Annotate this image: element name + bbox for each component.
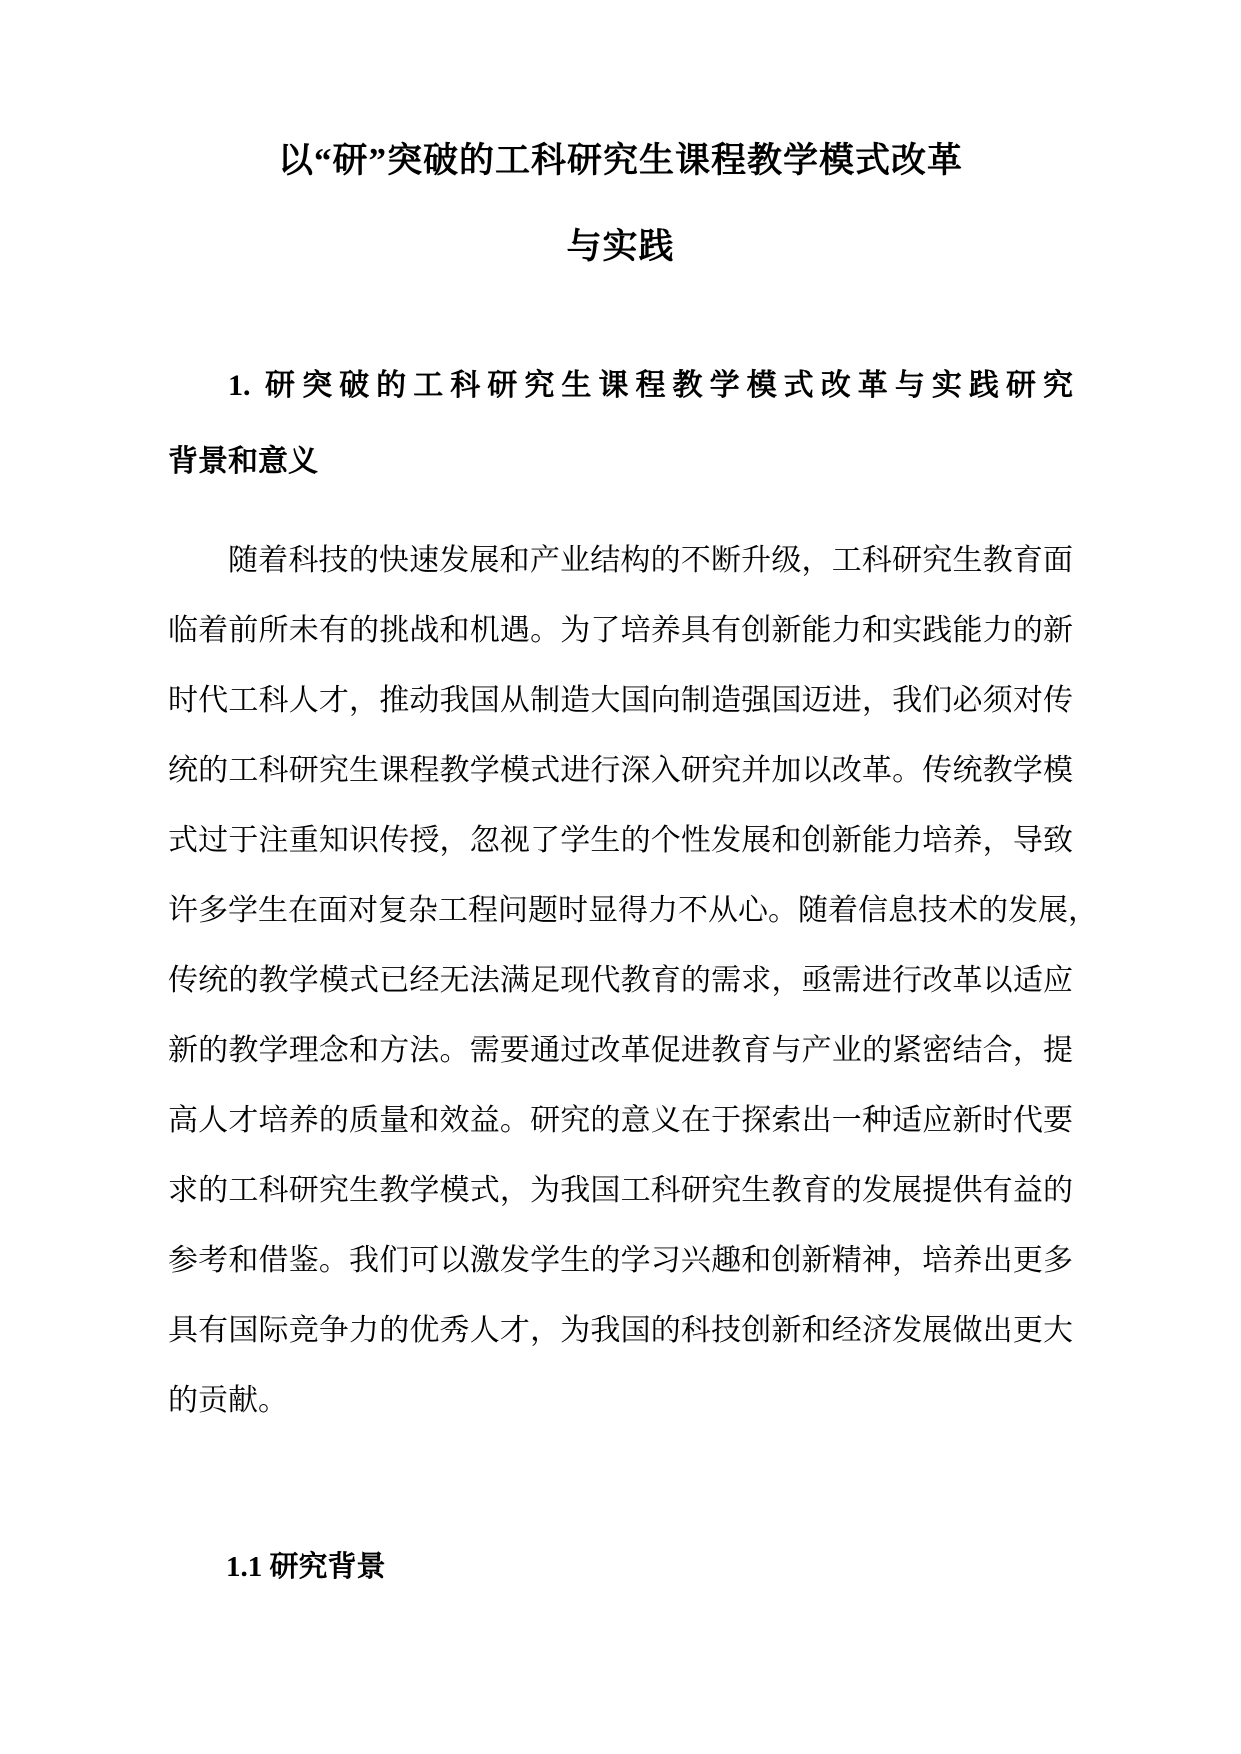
paragraph-line: 随着科技的快速发展和产业结构的不断升级，工科研究生教育面	[168, 526, 1073, 596]
paragraph-line: 传统的教学模式已经无法满足现代教育的需求，亟需进行改革以适应	[168, 946, 1073, 1016]
paragraph-line: 式过于注重知识传授，忽视了学生的个性发展和创新能力培养，导致	[168, 806, 1073, 876]
paragraph-line: 统的工科研究生课程教学模式进行深入研究并加以改革。传统教学模	[168, 736, 1073, 806]
document-title-line1: 以“研”突破的工科研究生课程教学模式改革	[168, 118, 1073, 204]
document-page: 以“研”突破的工科研究生课程教学模式改革 与实践 1. 研突破的工科研究生课程教…	[0, 0, 1241, 1754]
paragraph-line: 的贡献。	[168, 1366, 1073, 1436]
paragraph-line: 具有国际竞争力的优秀人才，为我国的科技创新和经济发展做出更大	[168, 1296, 1073, 1366]
paragraph-line: 参考和借鉴。我们可以激发学生的学习兴趣和创新精神，培养出更多	[168, 1226, 1073, 1296]
section-1-1-heading: 1.1 研究背景	[168, 1532, 1073, 1602]
section-1-heading-line2: 背景和意义	[168, 424, 1073, 500]
paragraph-line: 临着前所未有的挑战和机遇。为了培养具有创新能力和实践能力的新	[168, 596, 1073, 666]
document-title-line2: 与实践	[168, 204, 1073, 290]
section-1-heading: 1. 研突破的工科研究生课程教学模式改革与实践研究 背景和意义	[168, 348, 1073, 500]
paragraph-line: 新的教学理念和方法。需要通过改革促进教育与产业的紧密结合，提	[168, 1016, 1073, 1086]
section-1-heading-line1: 1. 研突破的工科研究生课程教学模式改革与实践研究	[168, 348, 1073, 424]
document-title: 以“研”突破的工科研究生课程教学模式改革 与实践	[168, 118, 1073, 290]
page-content: 以“研”突破的工科研究生课程教学模式改革 与实践 1. 研突破的工科研究生课程教…	[0, 0, 1241, 1602]
paragraph-line: 时代工科人才，推动我国从制造大国向制造强国迈进，我们必须对传	[168, 666, 1073, 736]
paragraph-line: 高人才培养的质量和效益。研究的意义在于探索出一种适应新时代要	[168, 1086, 1073, 1156]
paragraph-line: 许多学生在面对复杂工程问题时显得力不从心。随着信息技术的发展，	[168, 876, 1073, 946]
section-1-paragraph: 随着科技的快速发展和产业结构的不断升级，工科研究生教育面临着前所未有的挑战和机遇…	[168, 526, 1073, 1436]
paragraph-line: 求的工科研究生教学模式，为我国工科研究生教育的发展提供有益的	[168, 1156, 1073, 1226]
